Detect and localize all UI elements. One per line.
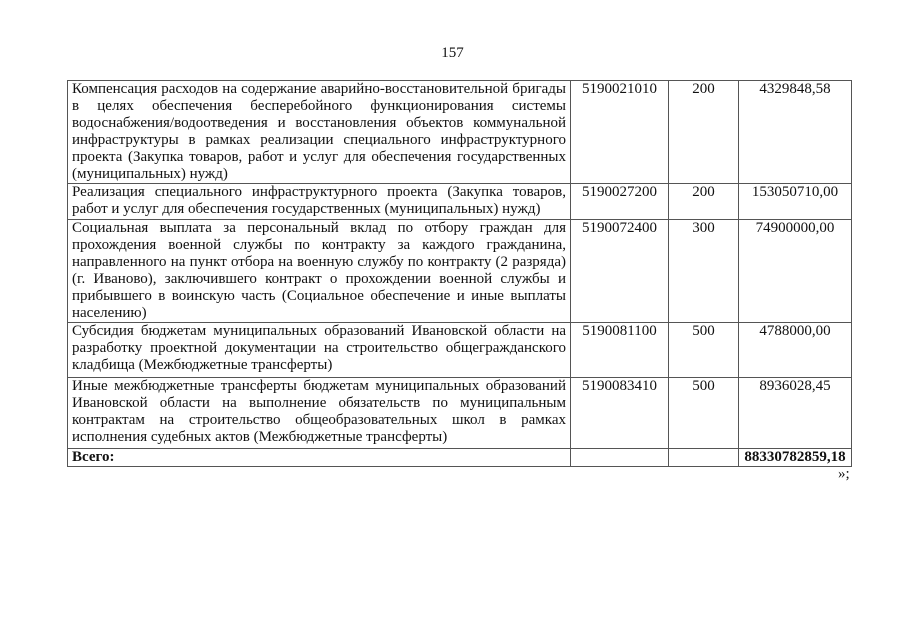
row-code: 5190021010 [571, 81, 669, 184]
total-code [571, 449, 669, 467]
row-description: Иные межбюджетные трансферты бюджетам му… [68, 378, 571, 449]
row-amount: 4788000,00 [739, 323, 852, 378]
row-code: 5190072400 [571, 220, 669, 323]
table-row: Субсидия бюджетам муниципальных образова… [68, 323, 852, 378]
row-description: Компенсация расходов на содержание авари… [68, 81, 571, 184]
page-number: 157 [0, 45, 905, 62]
total-amount: 88330782859,18 [739, 449, 852, 467]
row-code: 5190081100 [571, 323, 669, 378]
row-amount: 153050710,00 [739, 184, 852, 220]
row-amount: 8936028,45 [739, 378, 852, 449]
table-row: Иные межбюджетные трансферты бюджетам му… [68, 378, 852, 449]
total-label: Всего: [68, 449, 571, 467]
row-code: 5190027200 [571, 184, 669, 220]
row-expense-type: 200 [669, 184, 739, 220]
row-code: 5190083410 [571, 378, 669, 449]
total-row: Всего: 88330782859,18 [68, 449, 852, 467]
row-expense-type: 200 [669, 81, 739, 184]
row-description: Социальная выплата за персональный вклад… [68, 220, 571, 323]
table-row: Компенсация расходов на содержание авари… [68, 81, 852, 184]
table-row: Социальная выплата за персональный вклад… [68, 220, 852, 323]
row-amount: 4329848,58 [739, 81, 852, 184]
table-row: Реализация специального инфраструктурног… [68, 184, 852, 220]
row-expense-type: 300 [669, 220, 739, 323]
row-description: Реализация специального инфраструктурног… [68, 184, 571, 220]
row-amount: 74900000,00 [739, 220, 852, 323]
total-expense-type [669, 449, 739, 467]
row-expense-type: 500 [669, 323, 739, 378]
budget-table: Компенсация расходов на содержание авари… [67, 80, 852, 467]
row-expense-type: 500 [669, 378, 739, 449]
closing-quote-mark: »; [838, 466, 850, 483]
row-description: Субсидия бюджетам муниципальных образова… [68, 323, 571, 378]
